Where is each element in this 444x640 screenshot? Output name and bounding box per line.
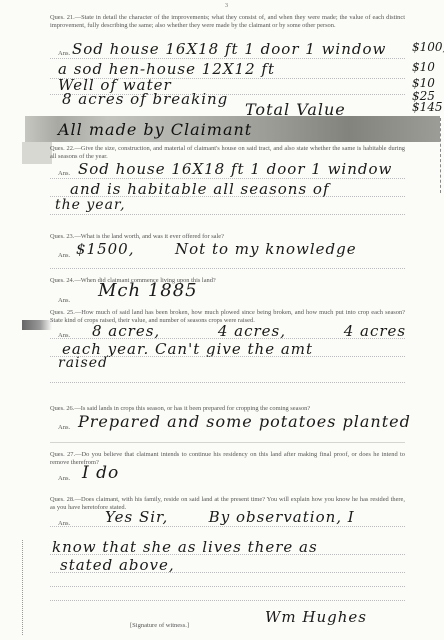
rule: [50, 268, 405, 269]
answer-label-22: Ans.: [58, 170, 70, 177]
rule: [50, 572, 405, 573]
answer-label-26: Ans.: [58, 424, 70, 431]
witness-signature: Wm Hughes: [265, 608, 367, 626]
q21-band-text: All made by Claimant: [58, 120, 252, 139]
q24-answer: Mch 1885: [98, 280, 198, 301]
q22-line-1: Sod house 16X18 ft 1 door 1 window: [78, 160, 392, 178]
question-22: Ques. 22.—Give the size, construction, a…: [50, 145, 405, 160]
answer-label-27: Ans.: [58, 475, 70, 482]
rule: [50, 600, 405, 601]
rule: [50, 554, 405, 555]
q23-value: $1500,: [76, 240, 135, 258]
page-number: 3: [225, 3, 228, 9]
answer-label-21: Ans.: [58, 50, 70, 57]
scanned-smudge: [22, 320, 52, 330]
rule: [50, 214, 405, 215]
rule: [50, 178, 405, 179]
q21-amount-1: $100,: [412, 40, 444, 54]
rule: [50, 58, 405, 59]
scanned-shadow: [22, 142, 52, 164]
rule: [50, 586, 405, 587]
q28-line-1: Yes Sir, By observation, I: [105, 508, 355, 526]
q22-line-3: the year,: [55, 197, 126, 213]
q21-amount-2: $10: [412, 60, 435, 74]
q26-answer: Prepared and some potatoes planted: [78, 412, 411, 431]
q27-answer: I do: [82, 463, 119, 483]
question-21: Ques. 21.—State in detail the character …: [50, 14, 405, 29]
q21-line-4: 8 acres of breaking: [62, 90, 228, 108]
rule: [50, 338, 405, 339]
q21-total-amount: $145: [412, 100, 443, 114]
rule: [50, 526, 405, 527]
rule: [50, 382, 405, 383]
answer-label-23: Ans.: [58, 252, 70, 259]
affidavit-page: 3 Ques. 21.—State in detail the characte…: [0, 0, 444, 640]
q25-line-3: raised: [58, 355, 108, 371]
q21-line-1: Sod house 16X18 ft 1 door 1 window: [72, 40, 386, 58]
q21-amount-3: $10: [412, 76, 435, 90]
page-edge: [440, 118, 442, 193]
signature-label: [Signature of witness.]: [130, 622, 189, 629]
q23-answer: Not to my knowledge: [175, 240, 357, 258]
scanned-edge: [22, 540, 26, 635]
rule: [50, 442, 405, 443]
answer-label-24: Ans.: [58, 297, 70, 304]
